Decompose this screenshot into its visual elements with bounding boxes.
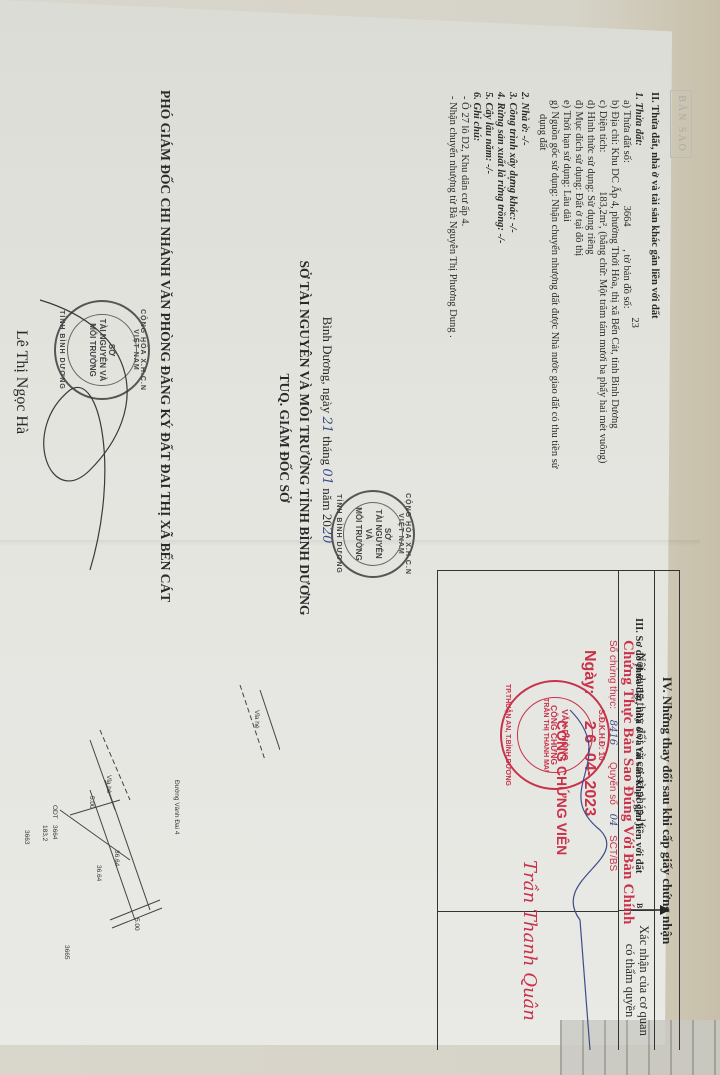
neighbor-plot: 3663 <box>23 830 30 844</box>
plot-number: 3664 <box>621 206 632 227</box>
signature-block: Bình Dương, ngày 21 tháng 01 năm 2020 <box>319 170 335 690</box>
section-ii-title: II. Thửa đất, nhà ở và tài sản khác gắn … <box>649 92 660 319</box>
copy-stamp: BẢN SAO <box>670 90 692 158</box>
signing-date: Bình Dương, ngày 21 tháng 01 năm 2020 <box>319 170 335 690</box>
official-seal-copy: CỘNG HÒA X.H.C.N VIỆT NAM SỞ TÀI NGUYÊN … <box>331 490 415 578</box>
section-iv-title: IV. Những thay đổi sau khi cấp giấy chứn… <box>654 571 679 1050</box>
plot-area-label: 183,2 <box>41 825 48 841</box>
signing-org: SỞ TÀI NGUYÊN VÀ MÔI TRƯỜNG TỈNH BÌNH DƯ… <box>296 178 312 698</box>
document-content: BẢN SAO II. Thửa đất, nhà ở và tài sản k… <box>0 0 720 1075</box>
map-sheet-number: 23 <box>629 317 640 328</box>
perennial-row: 5. Cây lâu năm: -/- <box>483 92 494 174</box>
edge-length-short: 5.00 <box>133 918 140 931</box>
plot-code: ODT <box>51 805 58 819</box>
road-label: Đường Vành Đai 4 <box>173 780 180 835</box>
neighbor-plot: 3665 <box>63 945 70 959</box>
plot-id: 3664 <box>51 825 58 839</box>
usage-form: d) Hình thức sử dụng: Sử dụng riêng <box>585 100 596 254</box>
note-item: - Nhận chuyển nhượng từ Bà Nguyễn Thị Ph… <box>447 96 458 338</box>
notes-heading: 6. Ghi chú: <box>471 92 482 141</box>
house-row: 2. Nhà ở: -/- <box>519 92 530 145</box>
forest-row: 4. Rừng sản xuất là rừng trồng: -/- <box>495 92 506 243</box>
plot-sketch <box>20 600 280 980</box>
other-construction-row: 3. Công trình xây dựng khác: -/- <box>507 92 518 233</box>
notary-signature-scribble <box>540 700 630 1060</box>
signature-scribble <box>0 270 160 590</box>
usage-purpose: đ) Mục đích sử dụng: Đất ở tại đô thị <box>573 100 584 256</box>
plot-address: b) Địa chỉ: Khu DC Ấp 4, phường Thới Hòa… <box>609 100 620 429</box>
edge-length-short: 5.00 <box>88 796 95 809</box>
note-item: - Ô 27 lô D2, Khu dân cư ấp 4. <box>459 96 470 226</box>
edge-length: 36.64 <box>95 865 102 881</box>
usage-origin-cont: dụng đất <box>537 114 548 150</box>
sidewalk-label: Vỉa hè <box>253 710 260 728</box>
usage-origin: g) Nguồn gốc sử dụng: Nhận chuyển nhượng… <box>549 100 560 469</box>
edge-length: 36.64 <box>113 850 120 866</box>
plot-number-row: a) Thửa đất số: 3664 , tờ bản đồ số: 23 <box>621 100 632 328</box>
notary-handwritten-name: Trần Thanh Quân <box>519 860 540 1021</box>
sidewalk-label-2: Vỉa hè <box>105 775 112 793</box>
usage-term: e) Thời hạn sử dụng: Lâu dài <box>561 100 572 222</box>
land-plot-heading: 1. Thửa đất: <box>633 92 644 146</box>
plot-area: 183,2m², (bằng chữ: Một trăm tám mươi ba… <box>597 191 608 463</box>
land-plot-diagram: Vỉa hè Đường Vành Đai 4 Vỉa hè ODT 3664 … <box>20 600 280 980</box>
plot-area-row: c) Diện tích: 183,2m², (bằng chữ: Một tr… <box>597 100 608 463</box>
